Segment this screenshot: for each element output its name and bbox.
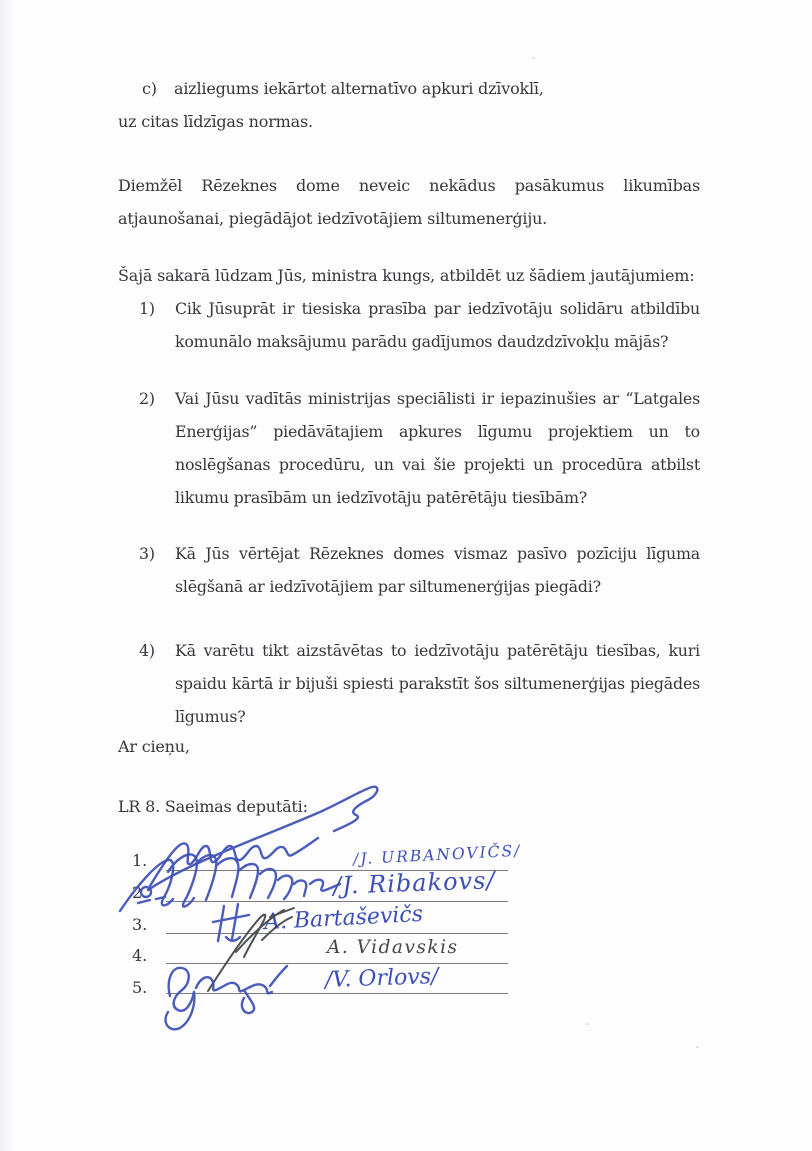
list-item-c: c)aizliegums iekārtot alternatīvo apkuri… <box>118 72 700 105</box>
signature-stroke-3 <box>213 904 249 941</box>
question-2-number: 2) <box>139 382 175 514</box>
question-1-number: 1) <box>139 292 175 358</box>
question-2: 2) Vai Jūsu vadītās ministrijas speciāli… <box>139 382 700 514</box>
signature-row-3-line <box>166 933 508 934</box>
signature-row-4-line <box>166 963 508 964</box>
handwritten-name-vidavskis: A. Vidavskis <box>327 937 459 958</box>
signature-row-4-number: 4. <box>132 946 147 966</box>
signature-row-2-number: 2. <box>132 883 147 903</box>
handwritten-name-orlovs: /V. Orlovs/ <box>325 964 439 993</box>
question-2-text: Vai Jūsu vadītās ministrijas speciālisti… <box>175 382 700 514</box>
question-4: 4) Kā varētu tikt aizstāvētas to iedzīvo… <box>139 634 700 733</box>
question-1-text: Cik Jūsuprāt ir tiesiska prasība par ied… <box>175 292 700 358</box>
signature-row-2-line <box>166 901 508 902</box>
question-1: 1) Cik Jūsuprāt ir tiesiska prasība par … <box>139 292 700 358</box>
continuation-line: uz citas līdzīgas normas. <box>118 105 700 138</box>
scan-speck <box>532 57 535 59</box>
handwritten-name-bartasevics: A. Bartaševičs <box>263 902 423 935</box>
list-item-c-text: aizliegums iekārtot alternatīvo apkuri d… <box>174 79 544 98</box>
question-3-number: 3) <box>139 537 175 603</box>
signature-row-3-number: 3. <box>132 915 147 935</box>
handwritten-name-urbanovics: /J. URBANOVIČS/ <box>353 842 522 869</box>
question-4-number: 4) <box>139 634 175 733</box>
question-4-text: Kā varētu tikt aizstāvētas to iedzīvotāj… <box>175 634 700 733</box>
signature-row-5-number: 5. <box>132 978 147 998</box>
question-3-text: Kā Jūs vērtējat Rēzeknes domes vismaz pa… <box>175 537 700 603</box>
scan-speck <box>586 1023 589 1025</box>
handwritten-name-ribakovs: /J. Ribakovs/ <box>333 866 496 900</box>
signature-row-1-number: 1. <box>132 851 147 871</box>
closing-salutation: Ar cieņu, <box>118 730 700 763</box>
signature-row-5-line <box>166 993 508 994</box>
signature-stroke-2 <box>120 854 340 911</box>
question-3: 3) Kā Jūs vērtējat Rēzeknes domes vismaz… <box>139 537 700 603</box>
scan-speck <box>696 1046 699 1048</box>
paragraph-regret: Diemžēl Rēzeknes dome neveic nekādus pas… <box>118 169 700 235</box>
paragraph-request: Šajā sakarā lūdzam Jūs, ministra kungs, … <box>118 259 700 292</box>
scan-edge-shading <box>0 0 16 1151</box>
signatories-heading: LR 8. Saeimas deputāti: <box>118 790 700 823</box>
signature-stroke-5 <box>166 966 287 1029</box>
list-item-c-label: c) <box>142 72 174 105</box>
scanned-letter-page: c)aizliegums iekārtot alternatīvo apkuri… <box>0 0 812 1151</box>
